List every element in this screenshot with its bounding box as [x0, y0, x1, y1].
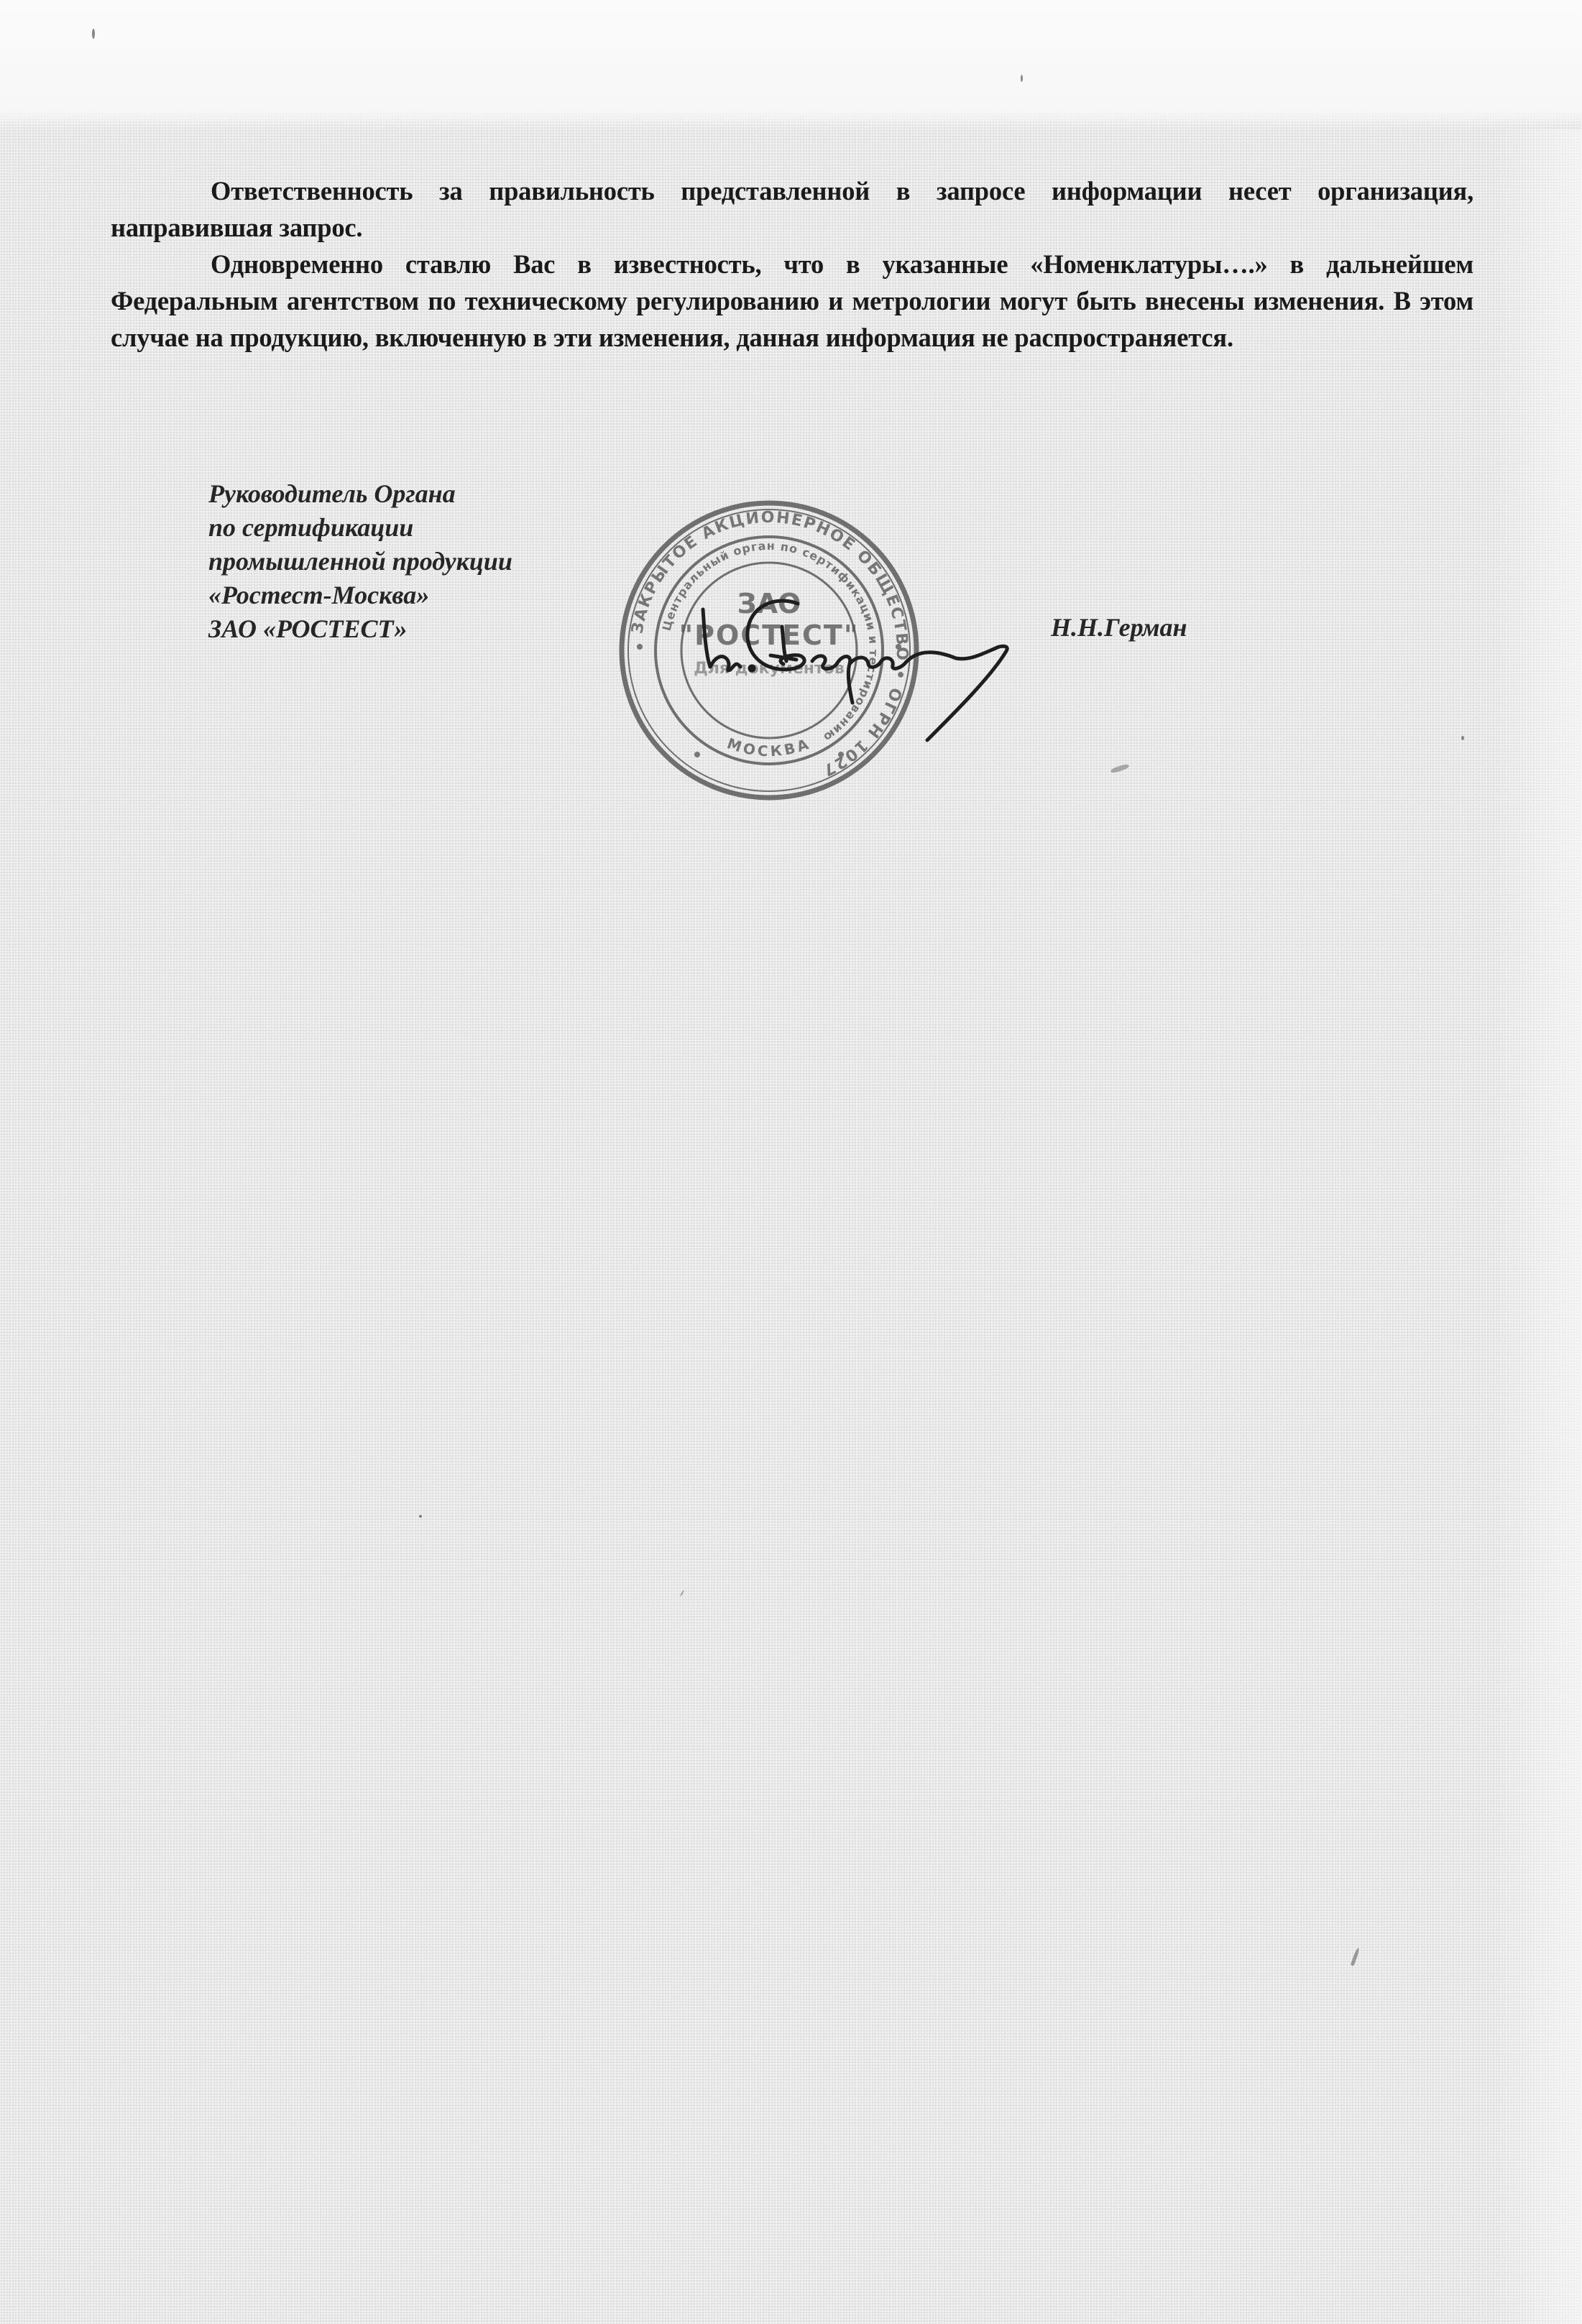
paragraph-notice: Одновременно ставлю Вас в известность, ч…: [111, 246, 1473, 356]
paragraph-responsibility: Ответственность за правильность представ…: [111, 172, 1473, 246]
scan-speck: [419, 1515, 422, 1518]
scan-speck: [92, 29, 95, 39]
scan-edge-shading: [1496, 129, 1582, 2324]
signatory-title-line: Руководитель Органа: [208, 477, 512, 511]
handwritten-signature: [690, 589, 1021, 747]
scan-speck: [1021, 75, 1023, 82]
signer-name: Н.Н.Герман: [1051, 612, 1187, 642]
signatory-title-block: Руководитель Органа по сертификации пром…: [208, 477, 512, 646]
scan-top-margin: [0, 0, 1582, 129]
signatory-title-line: «Ростест-Москва»: [208, 578, 512, 612]
signatory-title-line: по сертификации: [208, 511, 512, 545]
letter-body: Ответственность за правильность представ…: [111, 172, 1473, 356]
signatory-title-line: промышленной продукции: [208, 545, 512, 578]
scan-speck: [1461, 736, 1464, 740]
signatory-title-line: ЗАО «РОСТЕСТ»: [208, 612, 512, 646]
